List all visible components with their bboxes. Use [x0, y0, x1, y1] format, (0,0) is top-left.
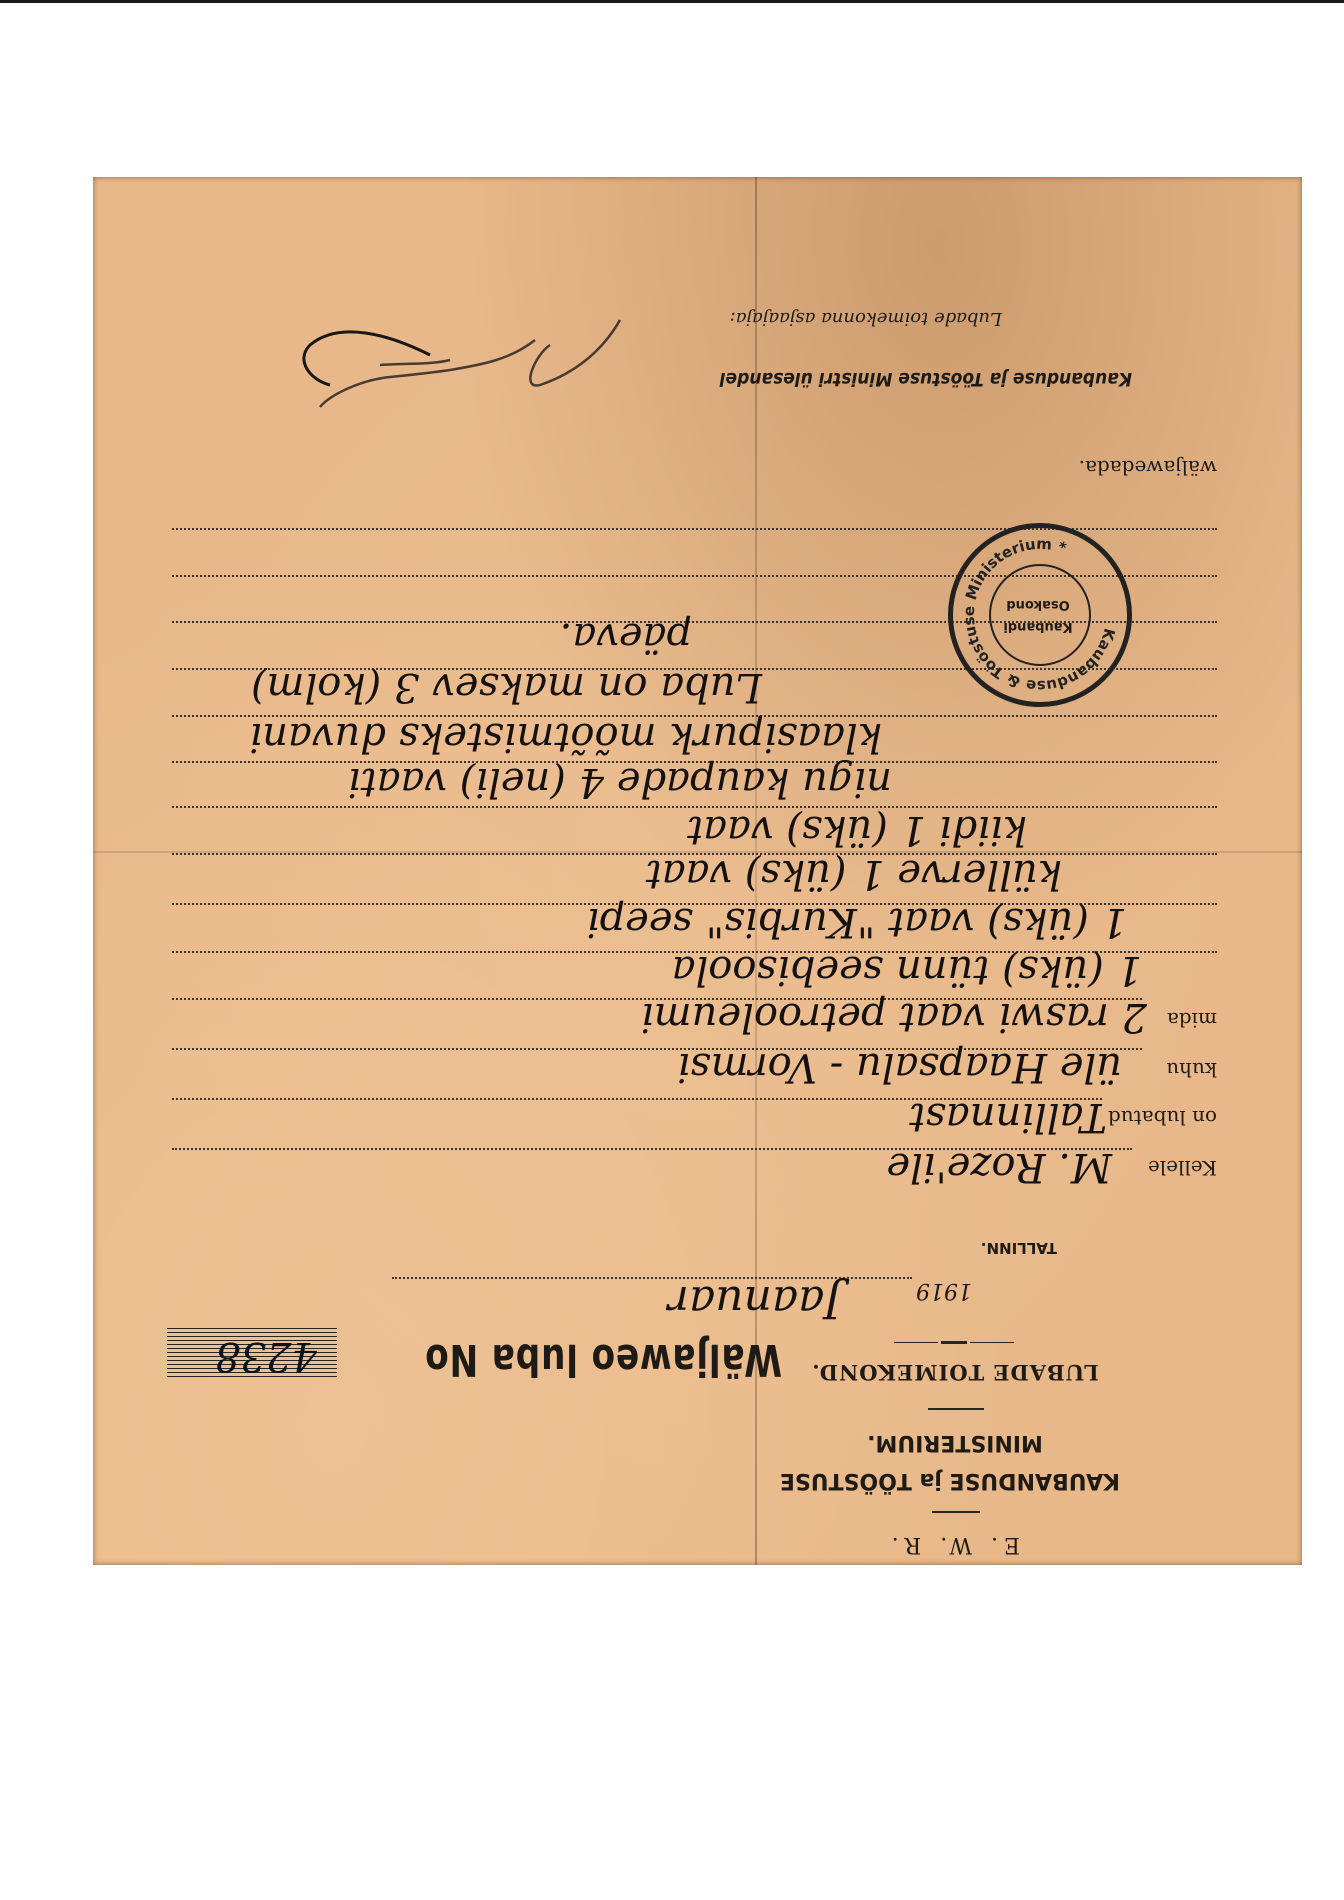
- permit-number: 4238: [215, 1333, 317, 1379]
- label-kuhu: kuhu: [1166, 1058, 1217, 1082]
- divider: [894, 1342, 938, 1343]
- divider: [928, 1408, 984, 1410]
- official-stamp: Kaubanduse & Tööstuse Ministerium * Kaub…: [948, 523, 1132, 707]
- divider: [941, 1341, 967, 1344]
- field-value-goods: 2 raswi vaat petrooleumi: [641, 994, 1147, 1040]
- stamp-inner-line1: Kaubandi: [987, 619, 1089, 634]
- signature-authority: Kaubanduse ja Tööstuse Ministri ülesande…: [720, 368, 1132, 390]
- handwritten-line: 1 (üks) tünn seebisoola: [672, 947, 1142, 993]
- city-name: TALLINN.: [981, 1239, 1057, 1257]
- document-title: Wäljaweo luba No: [424, 1334, 782, 1385]
- field-value-from: Tallinnast: [909, 1094, 1107, 1140]
- handwritten-line: päeva.: [560, 614, 692, 660]
- department-name: LUBADE TOIMEKOND.: [790, 1360, 1120, 1385]
- divider: [970, 1342, 1014, 1343]
- divider: [932, 1511, 980, 1513]
- label-mida: mida: [1167, 1008, 1217, 1032]
- handwritten-line: kiidi 1 (üks) vaat: [687, 807, 1027, 853]
- field-value-destination: üle Haapsalu - Vormsi: [677, 1044, 1122, 1090]
- handwritten-signature: [290, 295, 630, 415]
- stamp-inner-circle: Kaubandi Osakond: [989, 564, 1091, 666]
- label-on-lubatud: on lubatud: [1108, 1106, 1217, 1130]
- permit-document: E. W. R. KAUBANDUSE ja TÖÖSTUSE MINISTER…: [93, 177, 1302, 1565]
- closing-text: wäljawedada.: [1079, 456, 1217, 480]
- date-handwritten: Jaanuar: [668, 1276, 842, 1327]
- handwritten-line: 1 (üks) vaat "Kurbis" seepi: [587, 899, 1127, 945]
- ministry-name-line2: MINISTERIUM.: [790, 1430, 1120, 1455]
- scanner-edge: [0, 0, 1344, 3]
- handwritten-line: küllerve 1 (üks) vaat: [646, 851, 1062, 897]
- handwritten-line: klaasipurk mõõtmisteks duvani: [250, 714, 883, 760]
- label-kellele: Kellele: [1148, 1156, 1217, 1180]
- handwritten-line: nigu kaupade 4 (neli) vaati: [348, 759, 892, 805]
- field-value-recipient: M. Roze'ile: [886, 1144, 1112, 1190]
- signature-role: Lubade toimekonna asjaajaja:: [730, 308, 1002, 329]
- stamp-inner-line2: Osakond: [987, 597, 1089, 612]
- state-abbreviation: E. W. R.: [886, 1532, 1020, 1557]
- date-year: 1919: [916, 1278, 972, 1303]
- ministry-name-line1: KAUBANDUSE ja TÖÖSTUSE: [790, 1468, 1120, 1493]
- handwritten-line: Luba on maksev 3 (kolm): [251, 664, 762, 710]
